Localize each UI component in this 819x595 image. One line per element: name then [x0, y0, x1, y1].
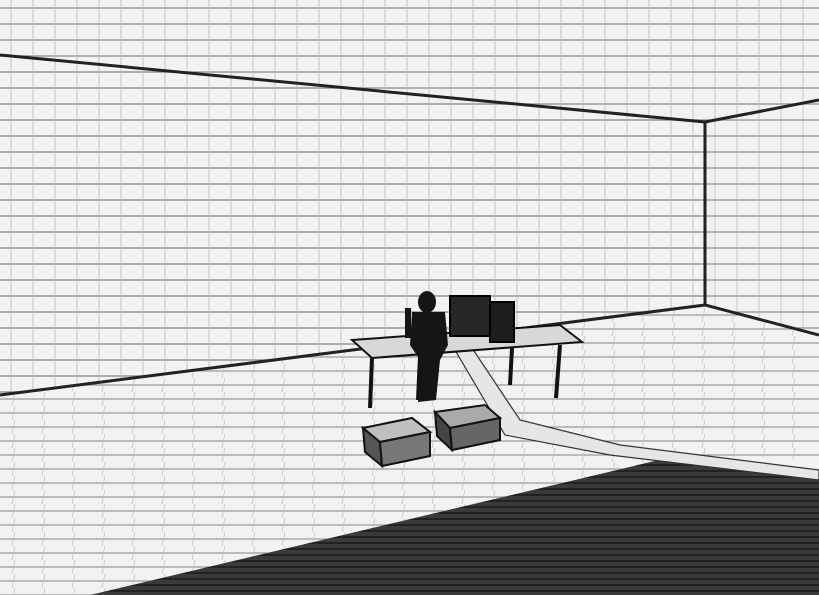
right-wall [705, 100, 819, 335]
box-left [363, 418, 430, 466]
computer-tower [490, 302, 514, 342]
monitor [450, 296, 490, 336]
pencil-sketch-room [0, 0, 819, 595]
